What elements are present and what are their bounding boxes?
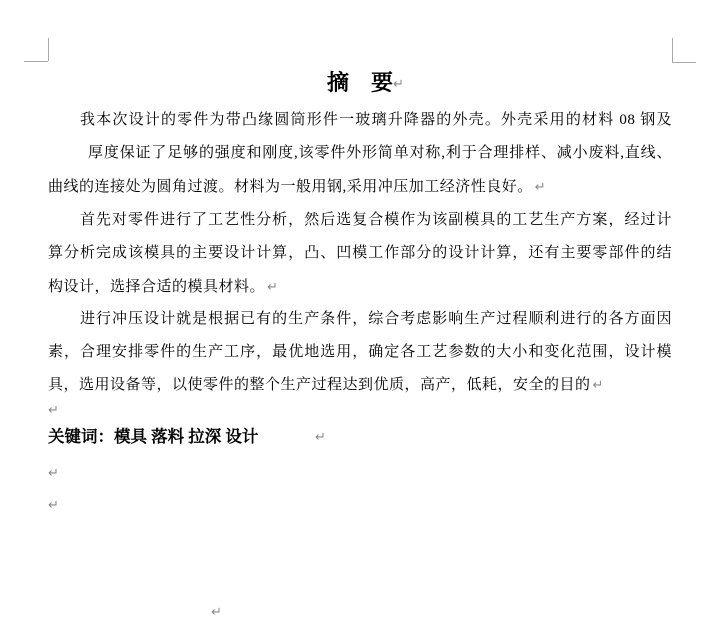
abstract-paragraph-3-line-3[interactable]: 具，选用设备等，以使零件的整个生产过程达到优质，高产，低耗，安全的目的↵ <box>48 375 672 395</box>
pilcrow-mark: ↵ <box>267 279 278 294</box>
crop-mark-top-right-horizontal <box>672 62 696 63</box>
abstract-paragraph-3-line-2[interactable]: 素，合理安排零件的生产工序，最优地选用，确定各工艺参数的大小和变化范围，设计模 <box>48 342 672 362</box>
abstract-title-line[interactable]: 摘 要 ↵ <box>48 68 672 98</box>
pilcrow-mark: ↵ <box>393 77 404 91</box>
abstract-paragraph-2-line-1[interactable]: 首先对零件进行了工艺性分析，然后选复合模作为该副模具的工艺生产方案，经过计 <box>48 210 672 230</box>
abstract-paragraph-2-line-3[interactable]: 构设计，选择合适的模具材料。↵ <box>48 277 672 297</box>
abstract-paragraph-1-line-2[interactable]: 厚度保证了足够的强度和刚度,该零件外形简单对称,利于合理排样、减小废料,直线、 <box>48 143 672 163</box>
crop-mark-top-right-vertical <box>672 38 673 62</box>
abstract-title: 摘 要 <box>327 70 393 95</box>
abstract-paragraph-2-line-2[interactable]: 算分析完成该模具的主要设计计算，凸、凹模工作部分的设计计算，还有主要零部件的结 <box>48 243 672 263</box>
paragraph-text: 具，选用设备等，以使零件的整个生产过程达到优质，高产，低耗，安全的目的 <box>48 377 591 393</box>
paragraph-text: 素，合理安排零件的生产工序，最优地选用，确定各工艺参数的大小和变化范围，设计模 <box>48 344 672 360</box>
crop-mark-top-left-horizontal <box>24 61 48 62</box>
abstract-content[interactable]: 摘 要 ↵ 我本次设计的零件为带凸缘圆筒形件一玻璃升降器的外壳。外壳采用的材料 … <box>48 0 672 631</box>
pilcrow-mark: ↵ <box>48 466 59 480</box>
pilcrow-mark: ↵ <box>315 430 326 444</box>
paragraph-text: 进行冲压设计就是根据已有的生产条件，综合考虑影响生产过程顺利进行的各方面因 <box>80 311 672 327</box>
abstract-paragraph-3-line-1[interactable]: 进行冲压设计就是根据已有的生产条件，综合考虑影响生产过程顺利进行的各方面因 <box>48 309 672 329</box>
document-page: 摘 要 ↵ 我本次设计的零件为带凸缘圆筒形件一玻璃升降器的外壳。外壳采用的材料 … <box>0 0 701 631</box>
pilcrow-mark: ↵ <box>48 498 59 512</box>
keywords-line[interactable]: 关键词：模具 落料 拉深 设计 ↵ <box>48 427 672 447</box>
pilcrow-mark: ↵ <box>593 377 604 392</box>
paragraph-text: 曲线的连接处为圆角过渡。材料为一般用钢,采用冲压加工经济性良好。 <box>48 179 533 195</box>
paragraph-text: 厚度保证了足够的强度和刚度,该零件外形简单对称,利于合理排样、减小废料,直线、 <box>88 145 672 161</box>
abstract-paragraph-1-line-1[interactable]: 我本次设计的零件为带凸缘圆筒形件一玻璃升降器的外壳。外壳采用的材料 08 钢及 <box>48 110 672 130</box>
paragraph-text: 构设计，选择合适的模具材料。 <box>48 279 265 295</box>
pilcrow-mark: ↵ <box>48 403 59 417</box>
paragraph-text: 首先对零件进行了工艺性分析，然后选复合模作为该副模具的工艺生产方案，经过计 <box>80 212 672 228</box>
pilcrow-mark: ↵ <box>211 605 222 619</box>
paragraph-text: 我本次设计的零件为带凸缘圆筒形件一玻璃升降器的外壳。外壳采用的材料 08 钢及 <box>80 112 672 128</box>
pilcrow-mark: ↵ <box>535 179 546 194</box>
abstract-paragraph-1-line-3[interactable]: 曲线的连接处为圆角过渡。材料为一般用钢,采用冲压加工经济性良好。↵ <box>48 177 672 197</box>
keywords-text: 关键词：模具 落料 拉深 设计 <box>48 427 258 446</box>
paragraph-text: 算分析完成该模具的主要设计计算，凸、凹模工作部分的设计计算，还有主要零部件的结 <box>48 245 672 261</box>
